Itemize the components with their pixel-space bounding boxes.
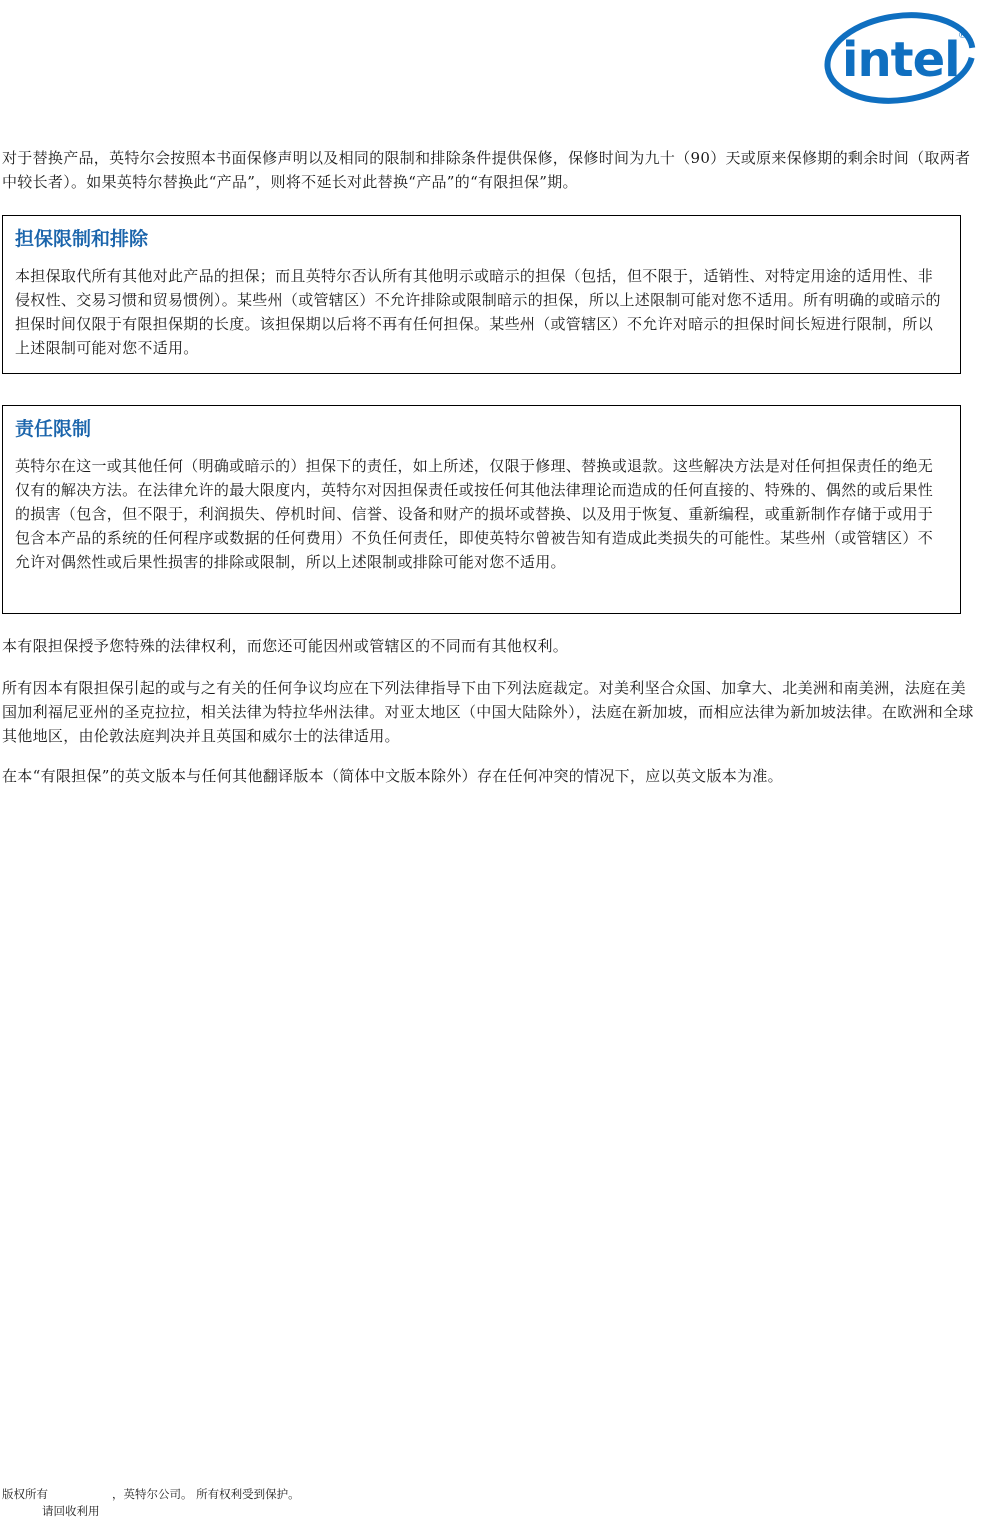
- section-title: 担保限制和排除: [15, 222, 948, 256]
- footer: 版权所有，英特尔公司。 所有权利受到保护。 请回收利用: [2, 1486, 300, 1519]
- liability-limitation-box: 责任限制 英特尔在这一或其他任何（明确或暗示的）担保下的责任，如上所述，仅限于修…: [2, 405, 961, 614]
- legal-rights-paragraph: 本有限担保授予您特殊的法律权利，而您还可能因州或管辖区的不同而有其他权利。: [2, 634, 977, 658]
- intel-logo: intel ®: [822, 6, 978, 106]
- svg-text:intel: intel: [842, 32, 960, 88]
- section-body: 本担保取代所有其他对此产品的担保；而且英特尔否认所有其他明示或暗示的担保（包括，…: [15, 264, 948, 360]
- svg-text:®: ®: [958, 31, 967, 41]
- warranty-limitations-box: 担保限制和排除 本担保取代所有其他对此产品的担保；而且英特尔否认所有其他明示或暗…: [2, 215, 961, 374]
- jurisdiction-paragraph: 所有因本有限担保引起的或与之有关的任何争议均应在下列法律指导下由下列法庭裁定。对…: [2, 676, 977, 748]
- language-precedence-paragraph: 在本“有限担保”的英文版本与任何其他翻译版本（简体中文版本除外）存在任何冲突的情…: [2, 764, 977, 788]
- intro-paragraph: 对于替换产品，英特尔会按照本书面保修声明以及相同的限制和排除条件提供保修，保修时…: [2, 146, 977, 194]
- recycle-notice: 请回收利用: [2, 1503, 300, 1519]
- copyright-line: 版权所有，英特尔公司。 所有权利受到保护。: [2, 1486, 300, 1503]
- section-body: 英特尔在这一或其他任何（明确或暗示的）担保下的责任，如上所述，仅限于修理、替换或…: [15, 454, 948, 574]
- section-title: 责任限制: [15, 412, 948, 446]
